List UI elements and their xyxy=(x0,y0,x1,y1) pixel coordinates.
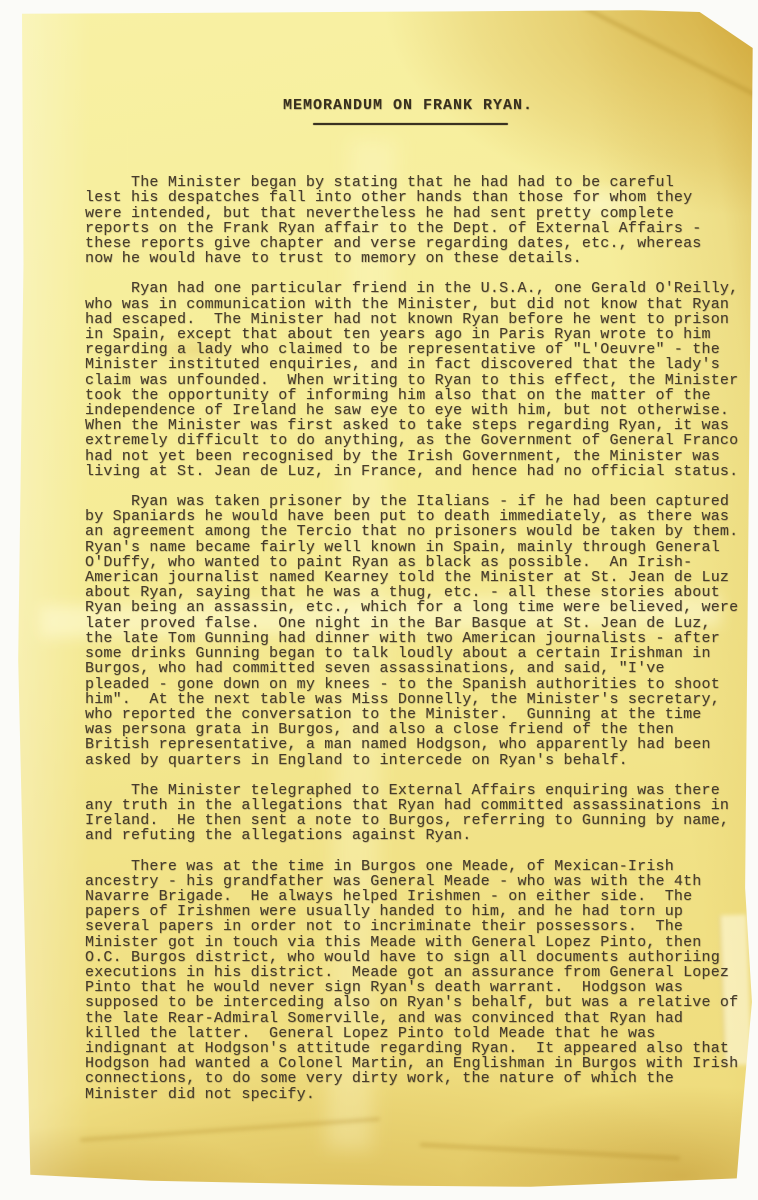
memo-paragraph-1: The Minister began by stating that he ha… xyxy=(85,175,749,266)
paper-crease-bottom-left xyxy=(80,1118,379,1142)
memo-paragraph-4: The Minister telegraphed to External Aff… xyxy=(85,783,749,844)
scanned-memo-page: { "document": { "title": "MEMORANDUM ON … xyxy=(0,0,758,1200)
memo-paper: MEMORANDUM ON FRANK RYAN. The Minister b… xyxy=(0,0,758,1200)
memo-title: MEMORANDUM ON FRANK RYAN. xyxy=(283,98,533,113)
memo-text: MEMORANDUM ON FRANK RYAN. The Minister b… xyxy=(85,98,749,1117)
memo-paragraph-3: Ryan was taken prisoner by the Italians … xyxy=(85,494,749,768)
paper-crease-bottom-right xyxy=(420,1143,680,1160)
title-gap xyxy=(85,125,749,175)
memo-paragraph-2: Ryan had one particular friend in the U.… xyxy=(85,281,749,479)
memo-paragraph-5: There was at the time in Burgos one Mead… xyxy=(85,859,749,1102)
